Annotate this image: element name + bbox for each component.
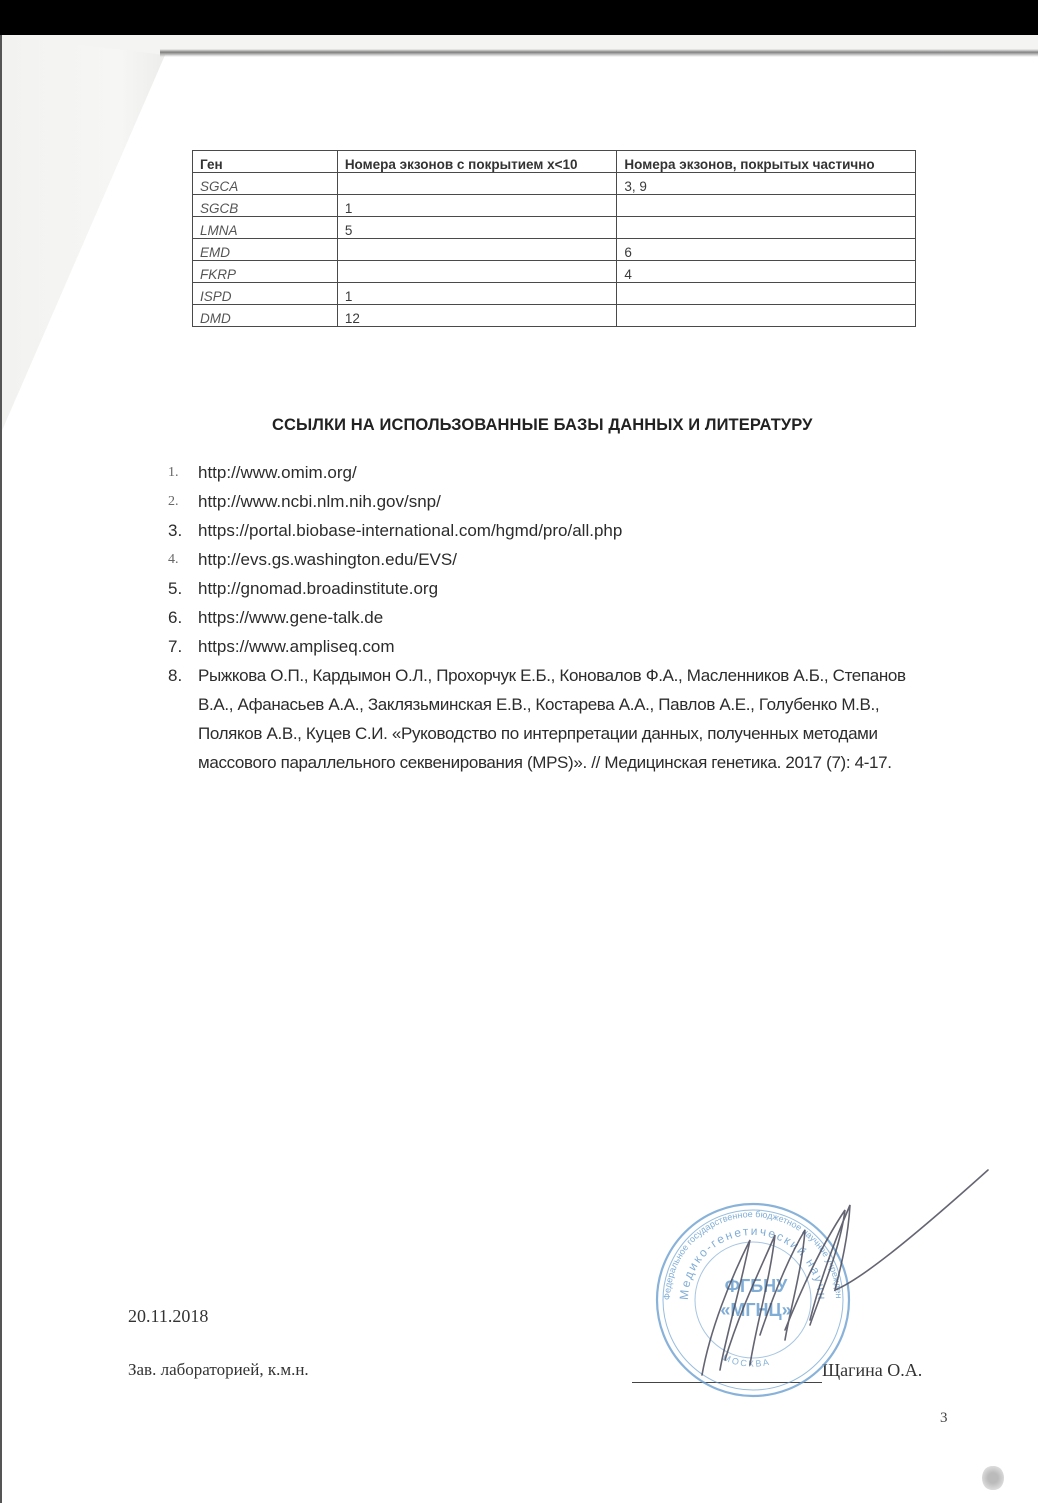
header-partial: Номера экзонов, покрытых частично (617, 151, 916, 173)
partial-coverage-cell: 3, 9 (617, 173, 916, 195)
header-gene: Ген (193, 151, 338, 173)
low-coverage-cell (337, 173, 617, 195)
gene-cell: FKRP (193, 261, 338, 283)
document-date: 20.11.2018 (128, 1306, 208, 1327)
reference-item: 8.Рыжкова О.П., Кардымон О.Л., Прохорчук… (160, 661, 930, 777)
reference-number: 3. (160, 516, 198, 545)
low-coverage-cell: 12 (337, 305, 617, 327)
handwritten-signature-icon (690, 1160, 990, 1400)
partial-coverage-cell (617, 217, 916, 239)
partial-coverage-cell (617, 305, 916, 327)
header-low-coverage: Номера экзонов с покрытием x<10 (337, 151, 617, 173)
gene-cell: SGCA (193, 173, 338, 195)
table-row: SGCB1 (193, 195, 916, 217)
gene-cell: LMNA (193, 217, 338, 239)
gene-cell: ISPD (193, 283, 338, 305)
low-coverage-cell (337, 239, 617, 261)
reference-number: 5. (160, 574, 198, 603)
reference-item: 2.http://www.ncbi.nlm.nih.gov/snp/ (160, 487, 930, 516)
low-coverage-cell: 5 (337, 217, 617, 239)
page-top-edge-shadow (160, 49, 1038, 57)
table-row: EMD6 (193, 239, 916, 261)
partial-coverage-cell: 4 (617, 261, 916, 283)
references-title: ССЫЛКИ НА ИСПОЛЬЗОВАННЫЕ БАЗЫ ДАННЫХ И Л… (272, 416, 832, 435)
gene-cell: EMD (193, 239, 338, 261)
reference-item: 4.http://evs.gs.washington.edu/EVS/ (160, 545, 930, 574)
reference-citation: Рыжкова О.П., Кардымон О.Л., Прохорчук Е… (198, 661, 930, 777)
reference-link[interactable]: https://www.gene-talk.de (198, 603, 930, 632)
table-row: LMNA5 (193, 217, 916, 239)
reference-number: 6. (160, 603, 198, 632)
table-row: ISPD1 (193, 283, 916, 305)
gene-cell: SGCB (193, 195, 338, 217)
low-coverage-cell: 1 (337, 195, 617, 217)
reference-link[interactable]: https://www.ampliseq.com (198, 632, 930, 661)
reference-number: 1. (160, 458, 198, 487)
reference-number: 7. (160, 632, 198, 661)
scan-smudge (982, 1465, 1004, 1491)
partial-coverage-cell (617, 195, 916, 217)
partial-coverage-cell: 6 (617, 239, 916, 261)
reference-link[interactable]: http://evs.gs.washington.edu/EVS/ (198, 545, 930, 574)
low-coverage-cell: 1 (337, 283, 617, 305)
reference-number: 2. (160, 487, 198, 516)
low-coverage-cell (337, 261, 617, 283)
scan-left-border (0, 35, 2, 1503)
top-black-bar (0, 0, 1038, 35)
reference-link[interactable]: http://gnomad.broadinstitute.org (198, 574, 930, 603)
gene-cell: DMD (193, 305, 338, 327)
table-row: SGCA3, 9 (193, 173, 916, 195)
reference-item: 6.https://www.gene-talk.de (160, 603, 930, 632)
reference-item: 3.https://portal.biobase-international.c… (160, 516, 930, 545)
reference-item: 7.https://www.ampliseq.com (160, 632, 930, 661)
references-list: 1.http://www.omim.org/2.http://www.ncbi.… (160, 458, 930, 777)
table-row: DMD12 (193, 305, 916, 327)
page-number: 3 (940, 1410, 948, 1427)
reference-item: 1.http://www.omim.org/ (160, 458, 930, 487)
exon-coverage-table: Ген Номера экзонов с покрытием x<10 Номе… (192, 150, 916, 327)
reference-number: 8. (160, 661, 198, 777)
reference-number: 4. (160, 545, 198, 574)
reference-link[interactable]: http://www.omim.org/ (198, 458, 930, 487)
reference-item: 5.http://gnomad.broadinstitute.org (160, 574, 930, 603)
partial-coverage-cell (617, 283, 916, 305)
table-row: FKRP4 (193, 261, 916, 283)
signer-position: Зав. лабораторией, к.м.н. (128, 1360, 309, 1380)
table-header-row: Ген Номера экзонов с покрытием x<10 Номе… (193, 151, 916, 173)
reference-link[interactable]: http://www.ncbi.nlm.nih.gov/snp/ (198, 487, 930, 516)
reference-link[interactable]: https://portal.biobase-international.com… (198, 516, 930, 545)
